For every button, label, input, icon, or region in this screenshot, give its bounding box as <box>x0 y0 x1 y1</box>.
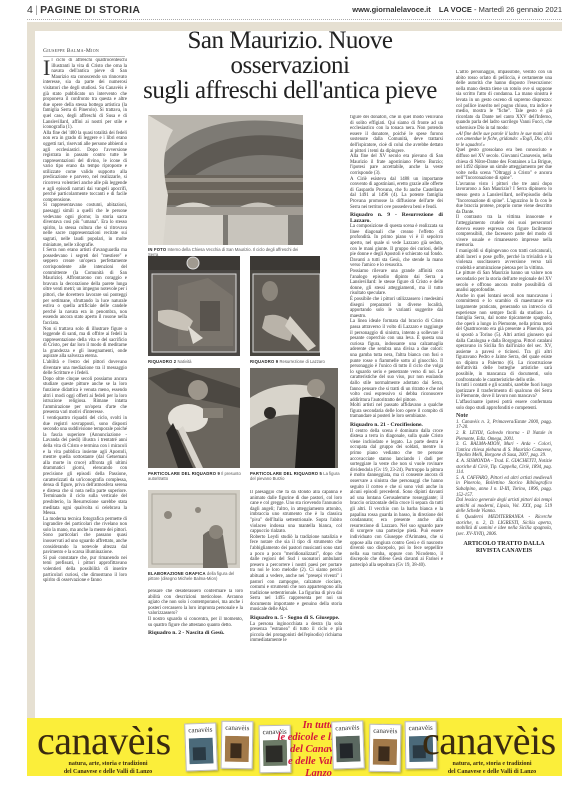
paragraph: Il ciclo di affreschi quattrocenteschi i… <box>43 58 127 131</box>
paragraph: Dopo oltre cinque secoli possiamo ancora… <box>43 377 127 416</box>
page-header: 4|PAGINE DI STORIA www.giornalelavoce.it… <box>27 4 562 20</box>
paragraph: Roberto Leydi studiò la tradizione natal… <box>250 535 342 613</box>
column-1: Il ciclo di affreschi quattrocenteschi i… <box>43 58 127 706</box>
article-credit: ARTICOLO TRATTO DALLA RIVISTA CANAVEIS <box>456 541 552 555</box>
paragraph: Il paesaggio che fa da sfondo alla capan… <box>250 490 342 535</box>
paragraph: La moderna tecnica fotografica permette … <box>43 517 127 556</box>
section-title: PAGINE DI STORIA <box>40 4 140 16</box>
page-number: 4 <box>27 4 33 16</box>
drop-cap: I <box>43 59 50 77</box>
note-item: 2. R. LEYDI, Galvedo ritorna - Il Natale… <box>456 431 552 442</box>
paragraph: L'affascinante ipotesi potrà essere conf… <box>456 400 552 411</box>
note-item: 4. A. SISMONDA - Trad. E. GIACHETTI, Not… <box>456 459 552 476</box>
paragraph: figure dei donatori, che in quel modo ve… <box>350 115 443 154</box>
brand-block-right: canavèis natura, arte, storia e tradizio… <box>422 722 562 776</box>
headline-line-1: San Maurizio. Nuove osservazioni <box>130 28 450 78</box>
column-3: figure dei donatori, che in quel modo ve… <box>350 115 443 707</box>
brand-block-left: canavèis natura, arte, storia e tradizio… <box>37 722 179 776</box>
paragraph: Non si trattava solo di illustrare figur… <box>43 327 127 361</box>
paragraph: Anche in quei lontani secoli non mancava… <box>456 294 552 384</box>
author-byline: Giuseppe Balma-Mion <box>43 48 125 57</box>
header-separator: | <box>35 4 38 16</box>
brand-logo: canavèis <box>37 722 179 760</box>
magazine-cover: canavèis <box>331 720 365 769</box>
paragraph: La persona inginocchiata a destra (la so… <box>250 622 342 644</box>
subheading-lazzaro: Riquadro n. 9 - Resurrezione di Lazzaro. <box>350 213 443 224</box>
site-url[interactable]: www.giornalelavoce.it <box>352 5 431 14</box>
note-item: Dal lessico generale degli artisti pitto… <box>456 498 552 515</box>
note-item: 3. G. BALMA-MION, Muri - Arda - Colori, … <box>456 442 552 459</box>
paragraph: I ventiquattro riquadri del ciclo, svolt… <box>43 416 127 517</box>
paragraph: Le pitture di San Maurizio hanno un valo… <box>456 271 552 293</box>
drawing-caption: ELABORAZIONE GRAFICA della figura del pi… <box>148 571 243 581</box>
paragraph: Alla fine del '400 la quasi totalità dei… <box>43 131 127 204</box>
paragraph: Possiamo rilevare una grande affinità co… <box>350 269 443 297</box>
subheading-sogno: Riquadro n. 5 - Sogno di S. Giuseppe. <box>250 616 342 622</box>
subheading-nascita: Riquadro n. 2 - Nascita di Gesù. <box>148 631 243 637</box>
magazine-cover: canavèis <box>221 721 254 770</box>
photo-riquadro-9-lazzaro <box>250 256 320 356</box>
paragraph: Si può constatare che, pur rimanendo nei… <box>43 556 127 584</box>
issue-date: - Martedì 26 gennaio 2021 <box>474 5 562 14</box>
photo-particolare-riquadro-5 <box>250 368 338 468</box>
paragraph: A Ciriè esisteva dal 1488 un importante … <box>350 177 443 211</box>
paragraph: I Serra non erano artisti d'avanguardia … <box>43 248 127 326</box>
canaveis-banner-ad[interactable]: canavèis natura, arte, storia e tradizio… <box>27 718 562 776</box>
column-4: L'altro personaggio, impassibile, vestit… <box>456 70 552 715</box>
brand-logo: canavèis <box>422 722 562 760</box>
particolare-5-caption: PARTICOLARE DEL RIQUADRO 5 La figura del… <box>250 471 340 481</box>
paragraph: L'altro personaggio, impassibile, vestit… <box>456 70 552 132</box>
paragraph: Il nostro sguardo si concentra, per il m… <box>148 617 243 628</box>
particolare-9-caption: PARTICOLARE DEL RIQUADRO 9 Il presunto a… <box>148 471 243 481</box>
paragraph: Quel gesto grossolano era ben conosciuto… <box>456 148 552 182</box>
note-item: 6. Quaderni MEDITERRANEA - Ricerche stor… <box>456 515 552 537</box>
riquadro-2-caption: RIQUADRO 2 Natività <box>148 359 240 364</box>
riquadro-9-caption: RIQUADRO 9 Resurrezione di Lazzaro <box>250 359 340 364</box>
section-label: 4|PAGINE DI STORIA <box>27 4 140 16</box>
paragraph: I manigoldi si dipingevano con tratti ca… <box>456 249 552 271</box>
header-meta: www.giornalelavoce.it LA VOCE - Martedì … <box>352 5 562 14</box>
magazine-cover: canavèis <box>184 722 218 771</box>
note-item: 1. Canavèis n. 3, Primavera/Estate 2000,… <box>456 420 552 431</box>
paragraph: In tutti i contatti e gli scambi, sarebb… <box>456 383 552 400</box>
photo-particolare-riquadro-9 <box>148 368 240 468</box>
magazine-cover: canavèis <box>369 724 402 773</box>
paragraph: L'abilità e l'estro dei pittori dovevano… <box>43 360 127 377</box>
paragraph: Il contrasto tra la vittima innocente e … <box>456 215 552 249</box>
article-headline: San Maurizio. Nuove osservazioni sugli a… <box>130 28 450 103</box>
brand-tagline-2: del Canavese e delle Valli di Lanzo <box>37 768 179 776</box>
photo-riquadro-2-nativita <box>148 256 240 356</box>
dante-quote: «Al fine delle sue parole il ladro le su… <box>456 132 552 149</box>
paragraph: L'avranno visto i pittori che tre anni d… <box>456 182 552 216</box>
paragraph: La linea ideale formata dal braccio di C… <box>350 319 443 403</box>
paragraph: Molti artisti nel passato affidavano a q… <box>350 403 443 420</box>
note-item: 5. A. CAFFARO, Pittori ed altri artisti … <box>456 476 552 498</box>
brand-tagline-2: del Canavese e delle Valli di Lanzo <box>422 768 562 776</box>
headline-line-2: sugli affreschi dell'antica pieve <box>130 78 450 103</box>
paragraph: pensare che desiderassero confermare la … <box>148 589 243 617</box>
paragraph: Alla fine del XV secolo era pievano di S… <box>350 154 443 176</box>
drawing-painter-figure <box>148 490 240 568</box>
main-photo-church-interior <box>148 115 303 245</box>
paragraph: È possibile che i pittori utilizzassero … <box>350 297 443 319</box>
paragraph: Si rappresentavano costumi, abitazioni, … <box>43 203 127 248</box>
paper-name: LA VOCE <box>439 5 472 14</box>
column-2-bottom: pensare che desiderassero confermare la … <box>148 589 243 707</box>
paragraph: Il centro della scena è dominato dalla c… <box>350 429 443 569</box>
paragraph: La composizione di questa scena è realiz… <box>350 224 443 269</box>
column-3-bottom: Il paesaggio che fa da sfondo alla capan… <box>250 490 342 707</box>
